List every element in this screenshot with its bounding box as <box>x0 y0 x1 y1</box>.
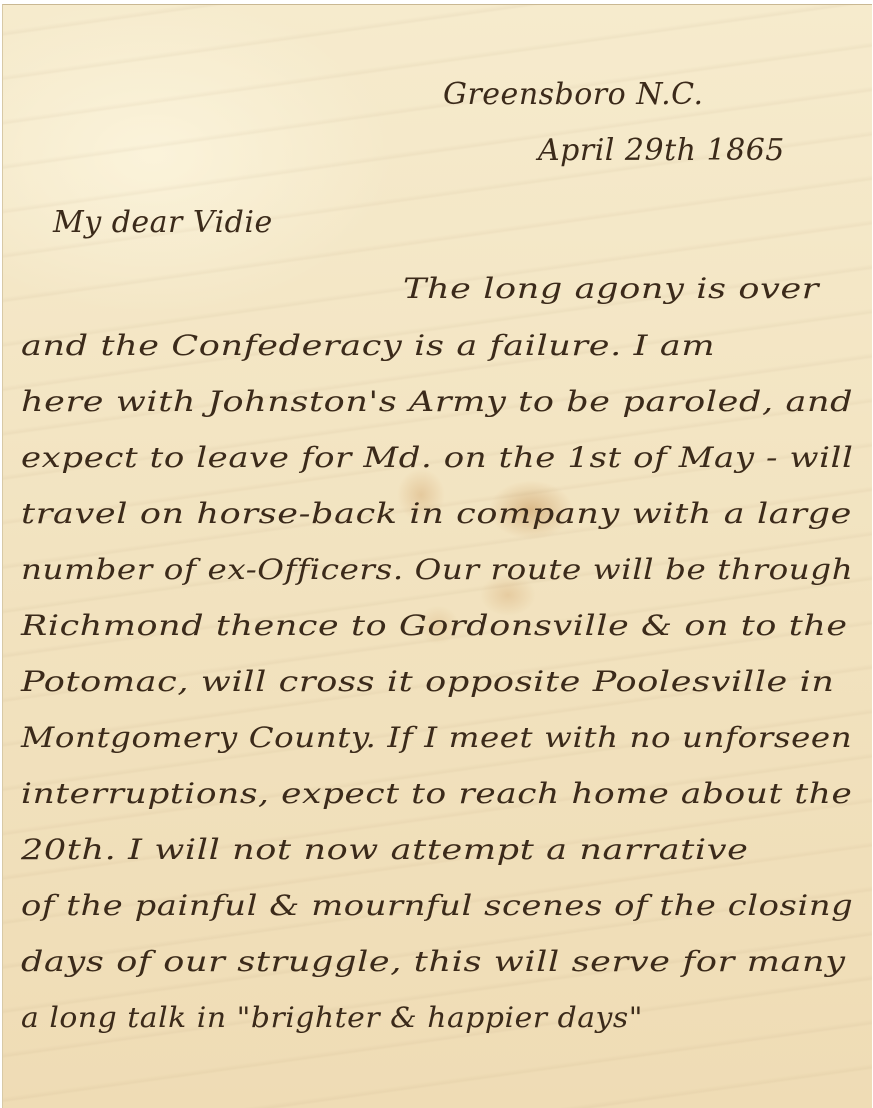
letter-line: here with Johnston's Army to be paroled,… <box>21 385 853 418</box>
letter-line: days of our struggle, this will serve fo… <box>21 945 846 978</box>
letter-line: expect to leave for Md. on the 1st of Ma… <box>21 441 853 474</box>
letter-line: interruptions, expect to reach home abou… <box>21 777 852 810</box>
letter-line: Richmond thence to Gordonsville & on to … <box>21 609 848 642</box>
letter-line: 20th. I will not now attempt a narrative <box>21 833 748 866</box>
letter-line: travel on horse-back in company with a l… <box>21 497 852 530</box>
letter-salutation: My dear Vidie <box>53 205 273 240</box>
letter-line: Montgomery County. If I meet with no unf… <box>21 721 852 754</box>
letter-page: Greensboro N.C. April 29th 1865 My dear … <box>2 4 872 1108</box>
letter-date: April 29th 1865 <box>538 133 785 168</box>
letter-place: Greensboro N.C. <box>443 77 704 112</box>
letter-line: and the Confederacy is a failure. I am <box>21 329 715 362</box>
letter-line: number of ex-Officers. Our route will be… <box>21 553 853 586</box>
letter-line: a long talk in "brighter & happier days" <box>21 1001 643 1034</box>
letter-line: Potomac, will cross it opposite Poolesvi… <box>21 665 835 698</box>
letter-line: of the painful & mournful scenes of the … <box>21 889 853 922</box>
letter-line: The long agony is over <box>403 272 819 305</box>
